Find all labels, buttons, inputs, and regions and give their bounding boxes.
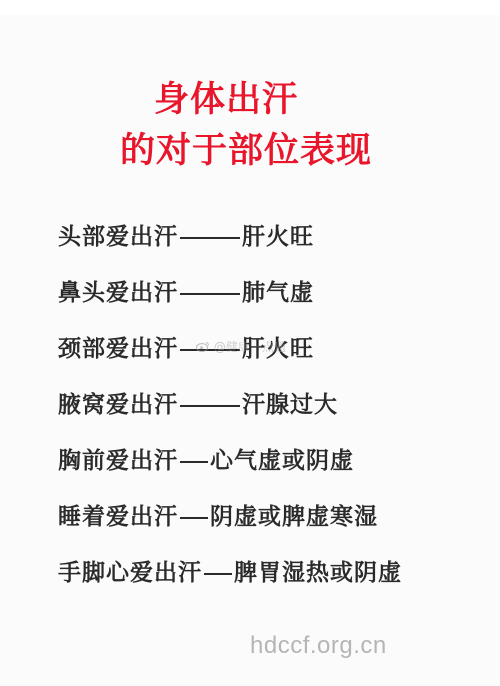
title-line-1: 身体出汗 — [0, 80, 476, 120]
meaning: 肺气虚 — [242, 278, 314, 308]
list-item: 手脚心爱出汗 脾胃湿热或阴虚 — [58, 558, 488, 614]
title-line-2: 的对于部位表现 — [0, 131, 496, 171]
meaning: 肝火旺 — [242, 222, 314, 252]
separator-dash — [204, 573, 232, 575]
meaning: 阴虚或脾虚寒湿 — [210, 502, 378, 532]
top-strip — [0, 0, 500, 15]
meaning: 心气虚或阴虚 — [210, 446, 354, 476]
list-item: 胸前爱出汗 心气虚或阴虚 — [58, 446, 488, 502]
watermark-text: @健康一点通 — [214, 340, 286, 354]
meaning: 脾胃湿热或阴虚 — [234, 558, 402, 588]
list-item: 头部爱出汗 肝火旺 — [58, 222, 488, 278]
list-item: 腋窝爱出汗 汗腺过大 — [58, 390, 488, 446]
meaning: 汗腺过大 — [242, 390, 338, 420]
body-part: 睡着爱出汗 — [58, 502, 178, 532]
separator-dash — [180, 517, 208, 519]
list-item: 鼻头爱出汗 肺气虚 — [58, 278, 488, 334]
body-part: 手脚心爱出汗 — [58, 558, 202, 588]
list-item: 睡着爱出汗 阴虚或脾虚寒湿 — [58, 502, 488, 558]
body-part: 头部爱出汗 — [58, 222, 178, 252]
body-part: 腋窝爱出汗 — [58, 390, 178, 420]
body-part: 鼻头爱出汗 — [58, 278, 178, 308]
weibo-icon — [196, 341, 210, 352]
site-watermark: hdccf.org.cn — [250, 632, 387, 660]
separator-dash — [180, 405, 240, 407]
body-part: 颈部爱出汗 — [58, 334, 178, 364]
separator-dash — [180, 237, 240, 239]
separator-dash — [180, 461, 208, 463]
sweat-location-list: 头部爱出汗 肝火旺 鼻头爱出汗 肺气虚 颈部爱出汗 肝火旺 腋窝爱出汗 汗腺过大… — [58, 222, 488, 614]
body-part: 胸前爱出汗 — [58, 446, 178, 476]
separator-dash — [180, 293, 240, 295]
watermark: @健康一点通 — [196, 338, 286, 355]
